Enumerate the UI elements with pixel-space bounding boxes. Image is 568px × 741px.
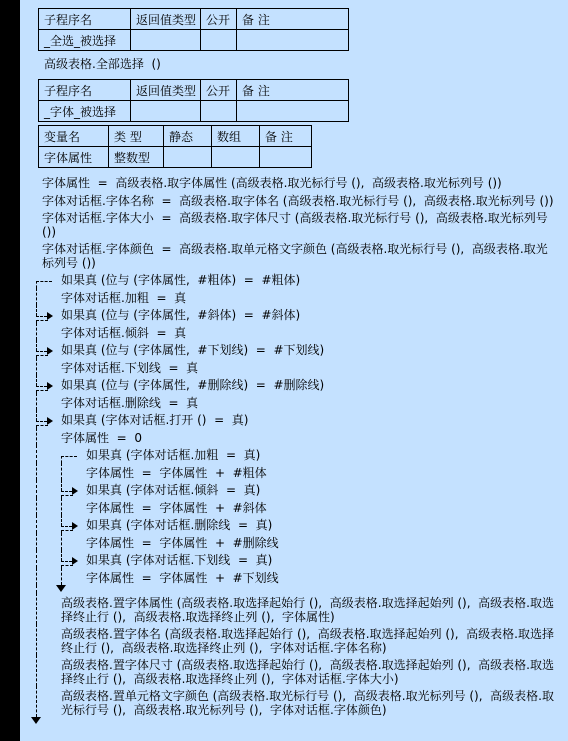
branch-line [36,568,61,586]
column-header: 数组 [212,126,260,147]
code-line: 如果真 (字体对话框.下划线 = 真) [36,550,558,568]
column-header: 备 注 [237,9,349,30]
branch-line [36,655,61,686]
table-row: _字体_被选择 [39,101,349,122]
table-cell[interactable]: 字体属性 [39,147,109,168]
code-line: 字体属性 = 字体属性 + #删除线 [36,533,558,551]
code-text[interactable]: 字体对话框.字体大小 = 高级表格.取字体尺寸 (高级表格.取光标行号 (), … [36,208,558,239]
block-end-arrow-icon [36,717,61,725]
code-line: 高级表格.置字体属性 (高级表格.取选择起始行 (), 高级表格.取选择起始列 … [36,593,558,624]
code-line: 高级表格.置字体尺寸 (高级表格.取选择起始行 (), 高级表格.取选择起始列 … [36,655,558,686]
code-line: 字体对话框.删除线 = 真 [36,393,558,411]
code-line: 字体属性 = 0 [36,428,558,446]
table-cell[interactable] [201,101,237,122]
table-row: 字体属性整数型 [39,147,312,168]
code-text[interactable]: 高级表格.置单元格文字颜色 (高级表格.取光标行号 (), 高级表格.取光标列号… [61,686,558,717]
code-text[interactable]: 如果真 (字体对话框.下划线 = 真) [86,550,558,568]
code-text[interactable]: 字体属性 = 0 [61,428,558,446]
code-text[interactable]: 字体对话框.加粗 = 真 [61,288,558,306]
code-text[interactable]: 字体属性 = 字体属性 + #粗体 [86,463,558,481]
table-cell[interactable] [237,101,349,122]
column-header: 静态 [164,126,212,147]
column-header: 公开 [201,80,237,101]
code-text[interactable]: 字体对话框.倾斜 = 真 [61,323,558,341]
code-text[interactable]: 字体属性 = 高级表格.取字体属性 (高级表格.取光标行号 (), 高级表格.取… [36,173,558,191]
code-line: 字体对话框.字体颜色 = 高级表格.取单元格文字颜色 (高级表格.取光标行号 (… [36,239,558,270]
code-line: 高级表格.置单元格文字颜色 (高级表格.取光标行号 (), 高级表格.取光标列号… [36,686,558,717]
branch-open-icon [61,445,86,463]
branch-line [61,498,86,516]
code-text[interactable]: 高级表格.置字体尺寸 (高级表格.取选择起始行 (), 高级表格.取选择起始列 … [61,655,558,686]
code-text[interactable]: 字体属性 = 字体属性 + #斜体 [86,498,558,516]
branch-elbow-arrow-icon [36,375,61,393]
branch-line [36,624,61,655]
code-line: 字体属性 = 字体属性 + #下划线 [36,568,558,586]
code-text[interactable]: 如果真 (字体对话框.删除线 = 真) [86,515,558,533]
column-header: 变量名 [39,126,109,147]
column-header: 公开 [201,9,237,30]
code-statement-select-all[interactable]: 高级表格.全部选择 () [44,57,568,71]
code-text[interactable]: 高级表格.置字体名 (高级表格.取选择起始行 (), 高级表格.取选择起始列 (… [61,624,558,655]
code-line: 字体对话框.下划线 = 真 [36,358,558,376]
branch-line [36,533,61,551]
code-block: 字体属性 = 高级表格.取字体属性 (高级表格.取光标行号 (), 高级表格.取… [36,173,568,725]
code-line: 字体对话框.倾斜 = 真 [36,323,558,341]
code-text[interactable]: 如果真 (字体对话框.加粗 = 真) [86,445,558,463]
branch-line [61,568,86,586]
code-text[interactable]: 如果真 (位与 (字体属性, #删除线) = #删除线) [61,375,558,393]
table-cell[interactable]: _字体_被选择 [39,101,131,122]
table-cell[interactable] [131,101,201,122]
branch-open-icon [36,270,61,288]
code-editor-canvas: 子程序名返回值类型公开备 注_全选_被选择 高级表格.全部选择 () 子程序名返… [20,0,568,725]
branch-elbow-arrow-icon [61,480,86,498]
branch-line [36,480,61,498]
branch-line [36,498,61,516]
code-line: 字体对话框.加粗 = 真 [36,288,558,306]
code-text[interactable]: 如果真 (位与 (字体属性, #粗体) = #粗体) [61,270,558,288]
code-text[interactable]: 字体对话框.字体名称 = 高级表格.取字体名 (高级表格.取光标行号 (), 高… [36,191,558,209]
branch-line [36,515,61,533]
branch-line [36,288,61,306]
code-line: 如果真 (字体对话框.打开 () = 真) [36,410,558,428]
table-cell[interactable] [131,30,201,51]
code-line [36,585,558,593]
code-line [36,717,558,725]
code-text[interactable]: 字体对话框.下划线 = 真 [61,358,558,376]
code-line: 如果真 (位与 (字体属性, #删除线) = #删除线) [36,375,558,393]
column-header: 备 注 [260,126,312,147]
table-row: _全选_被选择 [39,30,349,51]
code-text[interactable]: 字体属性 = 字体属性 + #下划线 [86,568,558,586]
table-cell[interactable] [212,147,260,168]
column-header: 返回值类型 [131,9,201,30]
code-line: 如果真 (位与 (字体属性, #粗体) = #粗体) [36,270,558,288]
code-text[interactable]: 如果真 (字体对话框.打开 () = 真) [61,410,558,428]
code-text[interactable]: 如果真 (位与 (字体属性, #下划线) = #下划线) [61,340,558,358]
table-cell[interactable] [164,147,212,168]
table-cell[interactable]: 整数型 [109,147,164,168]
branch-elbow-arrow-icon [61,550,86,568]
branch-line [36,445,61,463]
branch-line [36,686,61,717]
branch-line [61,533,86,551]
subroutine-table-allselect: 子程序名返回值类型公开备 注_全选_被选择 [38,8,349,51]
column-header: 子程序名 [39,9,131,30]
branch-line [36,358,61,376]
column-header: 返回值类型 [131,80,201,101]
table-cell[interactable]: _全选_被选择 [39,30,131,51]
code-text[interactable]: 如果真 (位与 (字体属性, #斜体) = #斜体) [61,305,558,323]
code-line: 字体属性 = 字体属性 + #粗体 [36,463,558,481]
code-text[interactable]: 高级表格.置字体属性 (高级表格.取选择起始行 (), 高级表格.取选择起始列 … [61,593,558,624]
code-line: 如果真 (位与 (字体属性, #下划线) = #下划线) [36,340,558,358]
code-text[interactable]: 如果真 (字体对话框.倾斜 = 真) [86,480,558,498]
branch-line [36,428,61,446]
branch-line [36,593,61,624]
code-line: 如果真 (字体对话框.删除线 = 真) [36,515,558,533]
column-header: 类 型 [109,126,164,147]
branch-line [36,393,61,411]
branch-elbow-arrow-icon [61,515,86,533]
code-line: 字体对话框.字体大小 = 高级表格.取字体尺寸 (高级表格.取光标行号 (), … [36,208,558,239]
branch-elbow-arrow-icon [36,305,61,323]
branch-line [36,323,61,341]
block-end-arrow-icon [61,585,86,593]
local-variable-table: 变量名类 型静态数组备 注字体属性整数型 [38,125,312,168]
code-text[interactable]: 字体对话框.删除线 = 真 [61,393,558,411]
table-cell[interactable] [260,147,312,168]
branch-line [61,463,86,481]
code-line: 如果真 (字体对话框.倾斜 = 真) [36,480,558,498]
code-line: 高级表格.置字体名 (高级表格.取选择起始行 (), 高级表格.取选择起始列 (… [36,624,558,655]
code-text[interactable]: 字体属性 = 字体属性 + #删除线 [86,533,558,551]
subroutine-table-font: 子程序名返回值类型公开备 注_字体_被选择 [38,79,349,122]
code-line: 字体对话框.字体名称 = 高级表格.取字体名 (高级表格.取光标行号 (), 高… [36,191,558,209]
table-cell[interactable] [237,30,349,51]
branch-line [36,463,61,481]
branch-elbow-arrow-icon [36,410,61,428]
branch-elbow-arrow-icon [36,340,61,358]
code-line: 如果真 (字体对话框.加粗 = 真) [36,445,558,463]
branch-line [36,550,61,568]
code-line: 字体属性 = 字体属性 + #斜体 [36,498,558,516]
code-text[interactable]: 字体对话框.字体颜色 = 高级表格.取单元格文字颜色 (高级表格.取光标行号 (… [36,239,558,270]
column-header: 备 注 [237,80,349,101]
code-line: 字体属性 = 高级表格.取字体属性 (高级表格.取光标行号 (), 高级表格.取… [36,173,558,191]
table-cell[interactable] [201,30,237,51]
left-gutter-strip [0,0,20,741]
code-line: 如果真 (位与 (字体属性, #斜体) = #斜体) [36,305,558,323]
column-header: 子程序名 [39,80,131,101]
